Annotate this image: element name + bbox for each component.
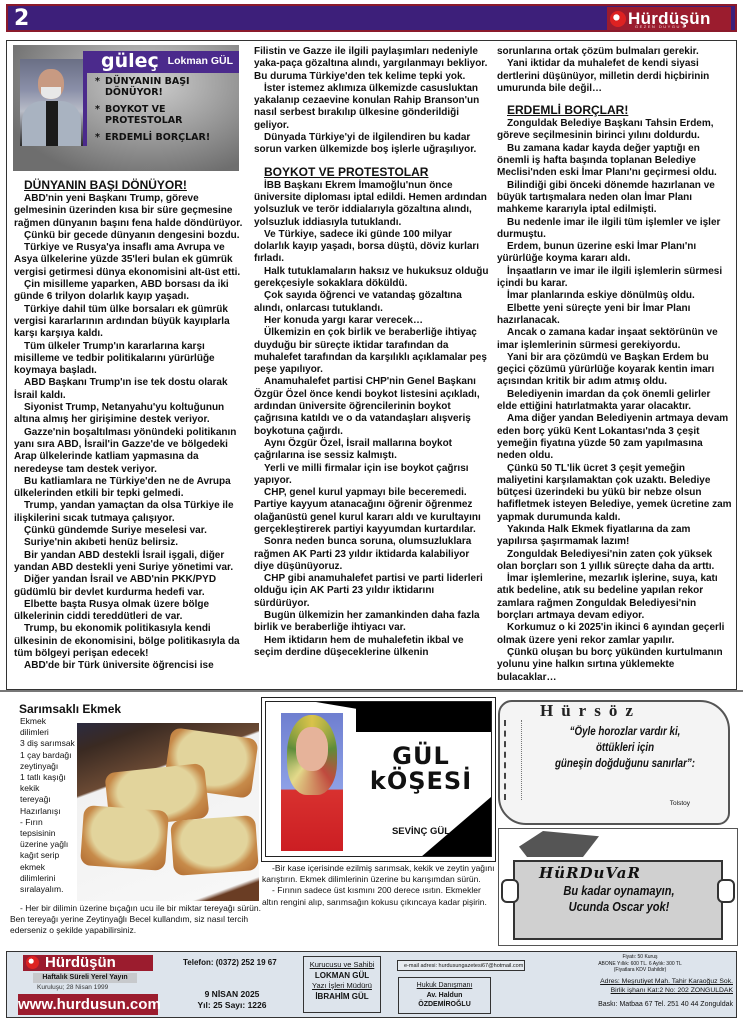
page-header-bar: 2 Hürdüşün GEZEN DUYGU: [6, 4, 737, 32]
paragraph: Erdem, bunun üzerine eski İmar Planı'nı …: [497, 241, 733, 266]
paragraph: İBB Başkanı Ekrem İmamoğlu'nun önce üniv…: [254, 180, 490, 229]
sign-line: Ucunda Oscar yok!: [534, 899, 704, 915]
paragraph: Sonra neden bunca soruna, olumsuzluklara…: [254, 536, 490, 573]
paragraph: İster istemez aklımıza ülkemizde casuslu…: [254, 83, 490, 132]
paragraph: Zonguldak Belediyesi'nin zaten çok yükse…: [497, 549, 733, 574]
paragraph: Elbette yeni süreçte yeni bir İmar Planı…: [497, 303, 733, 328]
printing-info: Baskı: Matbaa 67 Tel. 251 40 44 Zongulda…: [555, 1001, 733, 1008]
paragraph: Ama diğer yandan Belediyenin artmaya dev…: [497, 413, 733, 462]
paragraph: Tüm ülkeler Trump'ın kararlarına karşı m…: [14, 341, 246, 378]
masthead-logo[interactable]: Hürdüşün GEZEN DUYGU: [607, 7, 731, 30]
sign-cartoon: HüRDuVaR Bu kadar oynamayın, Ucunda Osca…: [498, 828, 738, 946]
column-brand: güleç: [101, 50, 159, 72]
recipe-step: - Her bir dilimin üzerine bıçağın ucu il…: [10, 903, 262, 937]
paragraph: Çünkü 50 TL'lik ücret 3 çeşit yemeğin ma…: [497, 463, 733, 524]
ingredient: 1 tatlı kaşığı kekik: [10, 772, 76, 794]
hat-icon: [519, 831, 599, 857]
email-address[interactable]: e-mail adresi: hurdusungazetesi67@hotmai…: [397, 960, 525, 971]
paragraph: Suriye'nin akıbeti henüz belirsiz.: [14, 537, 246, 549]
hand-icon: [501, 879, 519, 903]
paragraph: sorunlarına ortak çözüm bulmaları gereki…: [497, 46, 733, 58]
paragraph: ABD Başkanı Trump'ın ise tek dostu olara…: [14, 377, 246, 402]
address-line: Adres: Meşrutiyet Mah. Tahir Karaoğuz So…: [555, 977, 733, 986]
paragraph: Hem iktidarın hem de muhalefetin ikbal v…: [254, 635, 490, 660]
quote-scroll-title: Hürsöz: [540, 701, 641, 721]
paragraph: CHP, genel kurul yapmayı bile beceremedi…: [254, 487, 490, 536]
paragraph: Diğer yandan İsrail ve ABD'nin PKK/PYD g…: [14, 574, 246, 599]
banner-stripe: [83, 73, 87, 146]
paragraph: Yakında Halk Ekmek fiyatlarına da zam ya…: [497, 524, 733, 549]
paragraph: Yani iktidar da muhalefet de kendi siyas…: [497, 58, 733, 95]
rose-flag-icon: [26, 956, 39, 969]
paragraph: Trump, yandan yamaçtan da olsa Türkiye i…: [14, 500, 246, 525]
article-column-2: Filistin ve Gazze ile ilgili paylaşımlar…: [254, 46, 490, 659]
paragraph: İmar planlarında eskiye dönülmüş oldu.: [497, 290, 733, 302]
paragraph: Elbette başta Rusya olmak üzere bölge ül…: [14, 599, 246, 624]
column-title-line: GÜL: [362, 744, 480, 769]
paragraph: İnşaatların ve imar ile ilgili işlemleri…: [497, 266, 733, 291]
article-column-3: sorunlarına ortak çözüm bulmaları gereki…: [497, 46, 733, 684]
paragraph: Ülkemizin en çok birlik ve beraberliğe i…: [254, 327, 490, 376]
recipe-step: - Fırının sadece üst kısmını 200 derece …: [262, 885, 498, 907]
recipe-step: - Fırın tepsisinin üzerine yağlı kağıt s…: [10, 817, 76, 895]
paragraph: Dünyada Türkiye'yi de ilgilendiren bu ka…: [254, 132, 490, 157]
author-photo: [281, 713, 343, 851]
paragraph: Çin misilleme yaparken, ABD borsası da i…: [14, 279, 246, 304]
paragraph: Anamuhalefet partisi CHP'nin Genel Başka…: [254, 376, 490, 437]
paragraph: Türkiye dahil tüm ülke borsaları ek gümr…: [14, 304, 246, 341]
paragraph: Ancak o zamana kadar inşaat sektörünün v…: [497, 327, 733, 352]
banner-headlines: DÜNYANIN BAŞI DÖNÜYOR! BOYKOT VE PROTEST…: [95, 77, 235, 151]
banner-headline: ERDEMLİ BORÇLAR!: [95, 133, 235, 144]
editor-name: İBRAHİM GÜL: [304, 992, 380, 1003]
article-column-1: DÜNYANIN BAŞI DÖNÜYOR! ABD'nin yeni Başk…: [14, 178, 246, 673]
sign-text: Bu kadar oynamayın, Ucunda Oscar yok!: [534, 883, 704, 915]
paragraph: CHP gibi anamuhalefet partisi ve parti l…: [254, 573, 490, 610]
address: Adres: Meşrutiyet Mah. Tahir Karaoğuz So…: [555, 977, 733, 995]
publication-tagline: Haftalık Süreli Yerel Yayın: [33, 973, 137, 983]
quote-line: “Öyle horozlar vardır ki,: [544, 724, 706, 740]
section-heading: BOYKOT VE PROTESTOLAR: [264, 165, 490, 179]
issue-info: 9 NİSAN 2025 Yıl: 25 Sayı: 1226: [177, 989, 287, 1011]
masthead-footer: Hürdüşün Haftalık Süreli Yerel Yayın Kur…: [6, 951, 737, 1018]
paragraph: Bu katliamlara ne Türkiye'den ne de Avru…: [14, 476, 246, 501]
ingredient: Ekmek dilimleri: [10, 716, 76, 738]
ingredient: tereyağı: [10, 794, 76, 805]
column-box-title: GÜL kÖŞESİ: [362, 744, 480, 794]
paragraph: Korkumuz o ki 2025'in ikinci 6 ayından g…: [497, 622, 733, 647]
paragraph: İmar işlemlerine, mezarlık işlerine, suy…: [497, 573, 733, 622]
sign-line: Bu kadar oynamayın,: [534, 883, 704, 899]
paragraph: Belediyenin imardan da çok önemli gelirl…: [497, 389, 733, 414]
issue-number: Yıl: 25 Sayı: 1226: [177, 1000, 287, 1011]
paragraph: Çünkü gündemde Suriye meselesi var.: [14, 525, 246, 537]
founded-date: Kuruluşu; 28 Nisan 1999: [37, 984, 108, 991]
paragraph: Türkiye ve Rusya'ya insaflı ama Avrupa v…: [14, 242, 246, 279]
owner-label: Kurucusu ve Sahibi: [304, 960, 380, 971]
paragraph: Zonguldak Belediye Başkanı Tahsin Erdem,…: [497, 118, 733, 143]
ingredient: 3 diş sarımsak: [10, 738, 76, 749]
paragraph: Gazze'nin boşaltılması yönündeki politik…: [14, 427, 246, 476]
paragraph: Çünkü oluşan bu borç yükünden kurtulmanı…: [497, 647, 733, 684]
legal-name: ÖZDEMİROĞLU: [399, 1000, 490, 1010]
paragraph: Bugün ülkemizin her zamankinden daha faz…: [254, 610, 490, 635]
column-author: Lokman GÜL: [168, 55, 233, 67]
paragraph: Ve Türkiye, sadece iki günde 100 milyar …: [254, 229, 490, 266]
website-link[interactable]: www.hurdusun.com: [18, 994, 158, 1015]
recipe-ingredients: Ekmek dilimleri 3 diş sarımsak 1 çay bar…: [10, 716, 76, 895]
paragraph: Bu zamana kadar kayda değer yaptığı en ö…: [497, 143, 733, 180]
banner-headline: BOYKOT VE PROTESTOLAR: [95, 105, 235, 126]
phone-number: Telefon: (0372) 252 19 67: [183, 958, 277, 967]
address-line: Birlik işhanı Kat:2 No: 202 ZONGULDAK: [555, 986, 733, 995]
footer-logo[interactable]: Hürdüşün: [23, 955, 153, 971]
footer-logo-text: Hürdüşün: [45, 954, 116, 971]
price-info: Fiyatı: 50 Kuruş ABONE Yıllık: 600 TL. 6…: [555, 954, 725, 974]
paragraph: ABD'nin yeni Başkanı Trump, göreve gelme…: [14, 193, 246, 230]
paragraph: Bir yandan ABD destekli İsrail işgali, d…: [14, 550, 246, 575]
paragraph: Aynı Özgür Özel, İsrail mallarına boykot…: [254, 438, 490, 463]
column-box-author: SEVİNÇ GÜL: [362, 826, 480, 837]
paragraph: Trump, bu ekonomik politikasıyla kendi ü…: [14, 623, 246, 660]
issue-date: 9 NİSAN 2025: [177, 989, 287, 1000]
paragraph: Çünkü bir gecede dünyanın dengesini bozd…: [14, 230, 246, 242]
hand-icon: [717, 879, 735, 903]
quote-attribution: Tolstoy: [670, 800, 690, 807]
legal-name: Av. Haldun: [399, 991, 490, 1001]
rose-flag-icon: [610, 11, 626, 27]
scroll-edge: [504, 720, 522, 800]
ingredient: 1 çay bardağı zeytinyağı: [10, 750, 76, 772]
paragraph: Yerli ve milli firmalar için ise boykot …: [254, 463, 490, 488]
legal-advisor-box: Hukuk Danışmanı Av. Haldun ÖZDEMİROĞLU: [398, 977, 491, 1014]
paragraph: Filistin ve Gazze ile ilgili paylaşımlar…: [254, 46, 490, 83]
editor-label: Yazı İşleri Müdürü: [304, 981, 380, 992]
paragraph: Siyonist Trump, Netanyahu'yu koltuğunun …: [14, 402, 246, 427]
column-title-line: kÖŞESİ: [362, 769, 480, 794]
garlic-bread-photo: [77, 723, 259, 901]
recipe-title: Sarımsaklı Ekmek: [19, 702, 121, 716]
quote-text: “Öyle horozlar vardır ki, öttükleri için…: [544, 724, 706, 772]
quote-scroll: Hürsöz “Öyle horozlar vardır ki, öttükle…: [498, 700, 730, 825]
logo-subtitle: GEZEN DUYGU: [635, 24, 681, 29]
author-photo: [20, 59, 83, 146]
ownership-box: Kurucusu ve Sahibi LOKMAN GÜL Yazı İşler…: [303, 956, 381, 1013]
section-heading: ERDEMLİ BORÇLAR!: [507, 103, 733, 117]
vat-note: (Fiyatlara KDV Dahildir): [555, 967, 725, 974]
recipe-step: -Bir kase içerisinde ezilmiş sarımsak, k…: [262, 863, 498, 885]
prep-label: Hazırlanışı: [10, 806, 76, 817]
recipe-steps: - Her bir dilimin üzerine bıçağın ucu il…: [10, 903, 262, 937]
banner-headline: DÜNYANIN BAŞI DÖNÜYOR!: [95, 77, 235, 98]
legal-label: Hukuk Danışmanı: [399, 981, 490, 991]
paragraph: Bilindiği gibi önceki dönemde hazırlanan…: [497, 180, 733, 217]
banner-band: güleç Lokman GÜL: [83, 51, 239, 73]
section-divider: [0, 690, 743, 692]
paragraph: Yani bir ara çözümdü ve Başkan Erdem bu …: [497, 352, 733, 389]
paragraph: Her konuda yargı karar verecek…: [254, 315, 490, 327]
column-banner: güleç Lokman GÜL DÜNYANIN BAŞI DÖNÜYOR! …: [13, 45, 239, 171]
page-number: 2: [14, 6, 29, 32]
quote-line: güneşin doğduğunu sanırlar”:: [544, 756, 706, 772]
paragraph: Bu nedenle imar ile ilgili tüm işlemler …: [497, 217, 733, 242]
owner-name: LOKMAN GÜL: [304, 971, 380, 982]
section-heading: DÜNYANIN BAŞI DÖNÜYOR!: [24, 178, 246, 192]
paragraph: Çok sayıda öğrenci ve vatandaş gözaltına…: [254, 290, 490, 315]
sign-title: HüRDuVaR: [539, 864, 641, 882]
column-box: GÜL kÖŞESİ SEVİNÇ GÜL: [261, 697, 496, 862]
paragraph: Halk tutuklamaların haksız ve hukuksuz o…: [254, 266, 490, 291]
paragraph: ABD'de bir Türk üniversite öğrencisi ise: [14, 660, 246, 672]
quote-line: öttükleri için: [544, 740, 706, 756]
recipe-steps-continued: -Bir kase içerisinde ezilmiş sarımsak, k…: [262, 863, 498, 908]
